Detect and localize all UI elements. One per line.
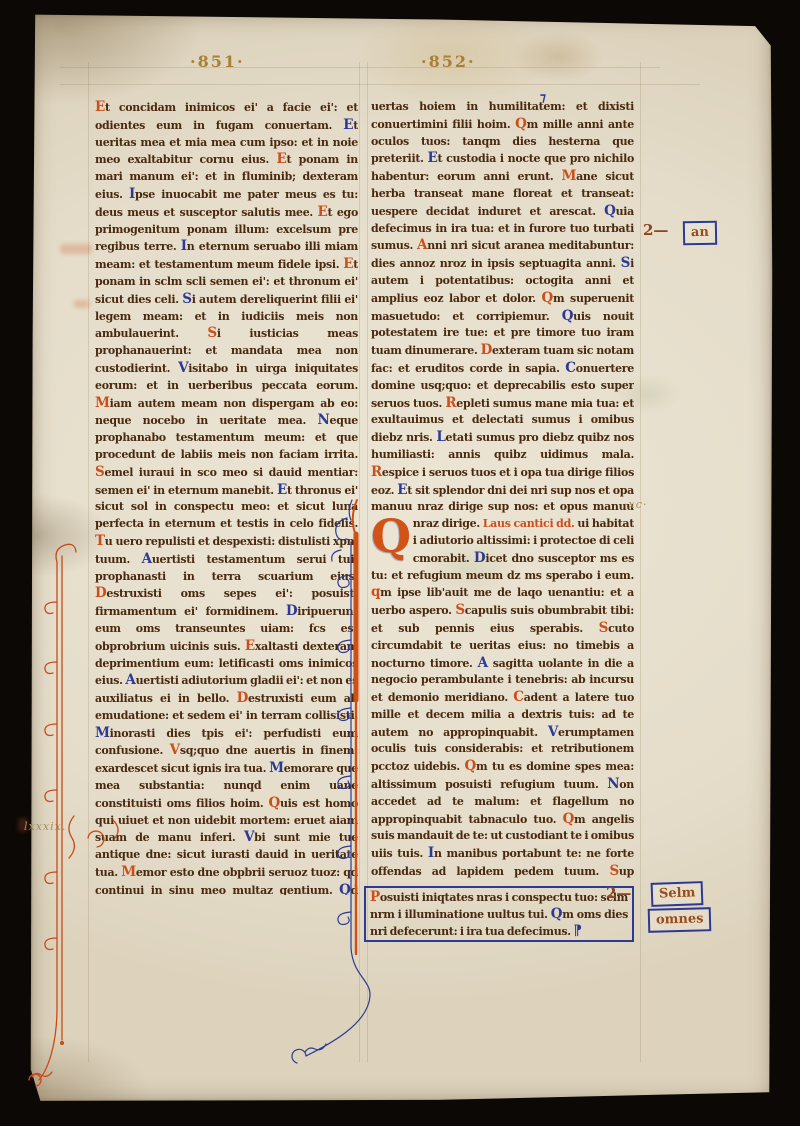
renvoi-mark: 2— [643,221,668,239]
versal-initial: Q [269,795,280,811]
versal-initial: S [599,620,608,636]
versal-initial: S [207,325,216,341]
versal-initial: S [455,602,464,618]
column-number-right: ·852· [421,52,476,71]
versal-initial: V [244,829,254,845]
ruling-line [640,62,641,1062]
decorated-initial-Q: Q [371,518,411,555]
versal-initial: V [178,360,188,376]
versal-initial: E [318,204,328,220]
versal-initial: S [95,464,104,480]
versal-initial: Q [563,811,574,827]
versal-initial: I [428,845,434,861]
versal-initial: Q [551,906,562,922]
versal-initial: R [445,395,456,411]
ink-offset-smudge [74,300,90,308]
versal-initial: E [343,256,353,272]
versal-initial: V [548,724,558,740]
versal-initial: E [245,638,255,654]
versal-initial: I [129,186,135,202]
versal-initial: Q [339,882,350,895]
versal-initial: M [269,760,284,776]
versal-initial: P [370,889,380,905]
versal-initial: V [170,742,180,758]
versal-initial: E [343,117,353,133]
versal-initial: q [371,584,380,600]
manuscript-photo: { "photo": { "background_color": "#0b080… [0,0,800,1126]
versal-initial: ⁋ [573,923,581,939]
versal-initial: S [609,863,618,878]
versal-initial: S [182,291,191,307]
versal-initial: M [561,168,576,184]
text-column-852: uertas hoiem in humilitatem: et dixisti … [371,99,634,878]
versal-initial: Q [542,290,553,306]
versal-initial: D [237,690,248,706]
versal-initial: A [417,237,427,253]
ink-offset-smudge [60,244,92,254]
versal-initial: E [428,150,438,166]
versal-initial: Q [515,116,526,132]
versal-initial: N [607,776,619,792]
versal-initial: M [95,395,110,411]
versal-initial: A [142,551,152,567]
versal-initial: E [276,151,286,167]
versal-initial: L [436,429,445,445]
versal-initial: E [397,482,407,498]
rubric-text: Laus cantici dd. [483,517,578,530]
boxed-correction-text: Posuisti iniqtates nras i conspectu tuo:… [364,886,634,942]
versal-initial: A [125,672,135,688]
versal-initial: N [317,412,329,428]
versal-initial: R [371,464,382,480]
ruling-line [88,62,89,1062]
margin-psalm-number-90: ·xc· [624,498,647,511]
ruling-line [60,84,700,85]
versal-initial: A [478,655,488,671]
versal-initial: E [95,99,105,115]
versal-initial: I [181,238,187,254]
margin-note-selm: Selm [651,881,704,907]
versal-initial: M [121,864,136,880]
versal-initial: C [565,360,575,376]
text-column-851: Et concidam inimicos ei' a facie ei': et… [95,99,358,895]
versal-initial: C [513,689,523,705]
renvoi-symbol: ⁊ [540,90,546,104]
margin-note-omnes: omnes [648,907,712,933]
column-number-left: ·851· [190,52,245,71]
versal-initial: D [474,550,485,566]
renvoi-mark: 2— [606,884,631,902]
versal-initial: Q [465,758,476,774]
versal-initial: T [95,533,105,549]
ruling-line [359,62,360,1062]
margin-psalm-number-89: lxxxix. [24,820,66,833]
margin-note-an: an [683,221,717,246]
versal-initial: Q [562,308,573,324]
versal-initial: D [286,603,297,619]
versal-initial: M [95,725,110,741]
versal-initial: S [621,255,630,271]
versal-initial: D [481,342,492,358]
ruling-line [60,67,660,68]
versal-initial: D [95,585,106,601]
versal-initial: E [277,482,287,498]
versal-initial: Q [604,203,615,219]
